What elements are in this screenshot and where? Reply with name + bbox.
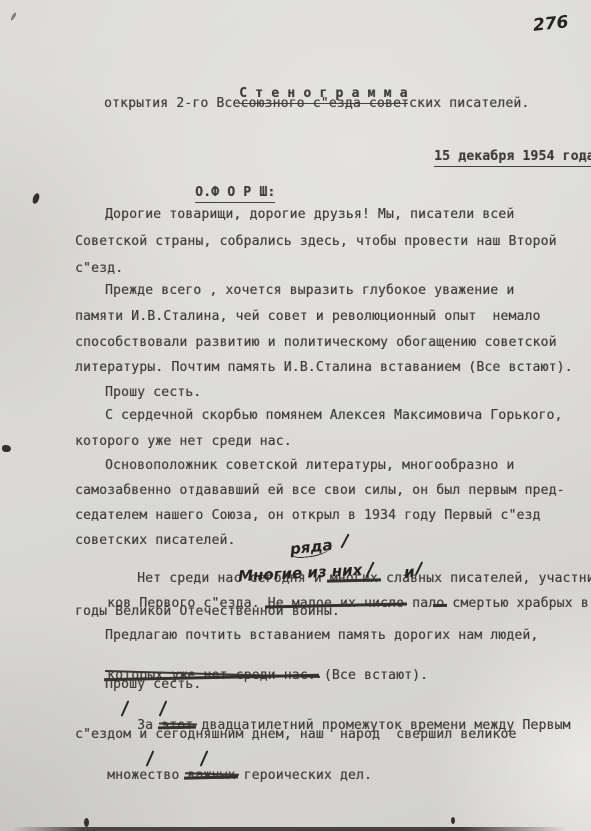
doc-date-text: 15 декабря 1954 года. <box>434 149 591 167</box>
doc-line: Советской страны, собрались здесь, чтобы… <box>75 234 557 250</box>
doc-text-segment: пал <box>404 596 436 611</box>
ink-speck <box>10 12 17 21</box>
doc-text-segment: (Все встают). <box>316 668 428 683</box>
handwritten-correction-letter: и <box>403 563 415 582</box>
doc-line-with-strike: множество важных героических дел. <box>75 752 372 800</box>
doc-line: Прошу сесть. <box>105 677 201 693</box>
doc-date: 15 декабря 1954 года. <box>402 133 591 181</box>
page-number-handwritten: 276 <box>532 12 569 36</box>
doc-line: способствовали развитию и политическому … <box>75 335 557 351</box>
struck-text: о <box>436 596 444 611</box>
speaker-name-text: О.Ф О Р Ш: <box>195 185 275 203</box>
doc-line: годы Великой Отечественной войны. <box>75 604 340 620</box>
struck-text: важных <box>187 768 235 783</box>
doc-line: памяти И.В.Сталина, чей совет и революци… <box>75 309 541 325</box>
doc-line: Основоположник советской литературы, мно… <box>105 458 514 474</box>
paper: 276 С т е н о г р а м м а открытия 2-го … <box>0 0 591 831</box>
doc-line: с"ездом и сегодняшним днем, наш народ св… <box>75 727 516 743</box>
doc-line: Прошу сесть. <box>105 385 201 401</box>
doc-line: Прежде всего , хочется выразить глубокое… <box>105 283 514 299</box>
ink-speck <box>2 445 11 452</box>
doc-line: седателем нашего Союза, он открыл в 1934… <box>75 508 541 524</box>
doc-line: самозабвенно отдававший ей все свои силы… <box>75 483 565 499</box>
scan-edge <box>0 827 591 831</box>
doc-line: Дорогие товарищи, дорогие друзья! Мы, пи… <box>105 207 514 223</box>
doc-subtitle: открытия 2-го Всесоюзного с"езда советск… <box>104 96 529 112</box>
ink-speck <box>84 818 89 827</box>
doc-text-segment: смертью храбрых в <box>444 596 588 611</box>
doc-line: с"езд. <box>75 261 123 277</box>
pen-stroke <box>340 533 349 548</box>
doc-line: советских писателей. <box>75 533 236 549</box>
doc-line: Предлагаю почтить вставанием память доро… <box>105 628 538 644</box>
doc-text-segment: героических дел. <box>236 768 372 783</box>
doc-line: которого уже нет среди нас. <box>75 434 292 450</box>
doc-line: С сердечной скорбью помянем Алексея Макс… <box>105 408 563 424</box>
ink-speck <box>451 817 455 824</box>
ink-speck <box>31 192 40 204</box>
doc-line: литературы. Почтим память И.В.Сталина вс… <box>75 360 573 376</box>
doc-text-segment: множество <box>107 768 187 783</box>
